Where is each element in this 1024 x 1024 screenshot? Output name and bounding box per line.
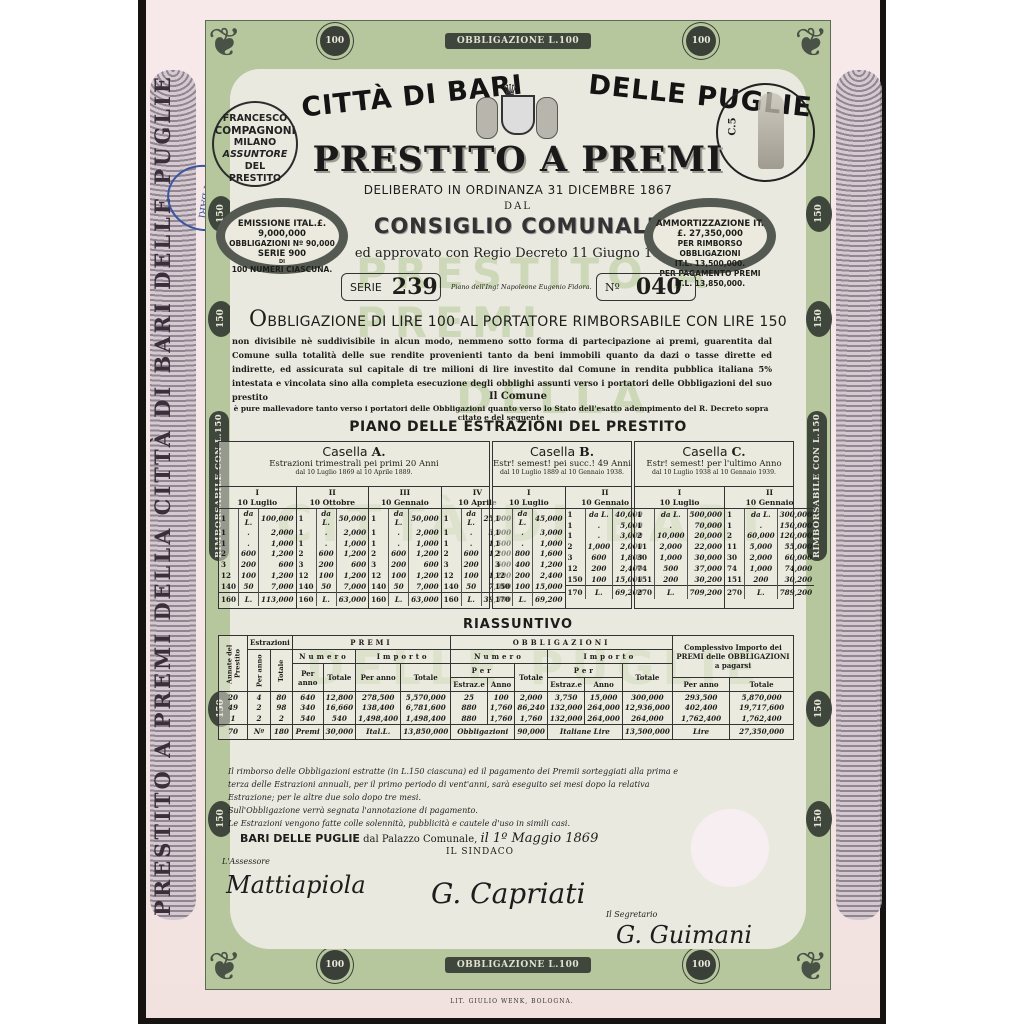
prize-count: 1 xyxy=(493,538,513,549)
prize-count: 3 xyxy=(493,559,513,570)
table-row: 140507,000 xyxy=(297,581,369,592)
table-row: 1.1,000 xyxy=(219,538,296,549)
prize-unit: 100 xyxy=(513,581,533,592)
stamp-line: FRANCESCO xyxy=(214,113,296,125)
summary-cell: 15,000 xyxy=(585,692,623,703)
prize-list: 1da L.100,0001.2,0001.1,00026001,2003200… xyxy=(219,509,296,606)
total-amount: 63,000 xyxy=(336,592,368,606)
summary-cell: 2 xyxy=(248,713,271,724)
prize-amount: 7,000 xyxy=(259,581,296,592)
prize-unit: 50 xyxy=(461,581,481,592)
prize-unit: . xyxy=(389,527,409,538)
oval-line: 100 NUMERI CIASCUNA. xyxy=(225,265,339,275)
draw-column-header: I10 Luglio xyxy=(635,487,724,509)
prize-amount: 3,000 xyxy=(533,527,565,538)
total-unit: L. xyxy=(461,592,481,606)
summary-table: Annate del Prestito Estrazioni PREMI OBB… xyxy=(218,635,794,740)
amortization-oval: AMMORTIZZAZIONE IT.£. 27,350,000 PER RIM… xyxy=(644,198,776,274)
summary-cell: 402,400 xyxy=(672,703,729,714)
prize-unit: 200 xyxy=(389,559,409,570)
mayor-signature: G. Capriati xyxy=(431,877,585,910)
prize-unit: 1,000 xyxy=(585,541,613,552)
summary-total-cell: Ital.L. xyxy=(356,724,401,739)
draw-date: 10 Ottobre xyxy=(297,498,369,508)
prize-amount: 100,000 xyxy=(259,509,296,527)
prize-count: 150 xyxy=(566,574,586,585)
table-row: 1.3,000 xyxy=(566,531,645,542)
casella-dates: dal 10 Luglio 1889 al 10 Gennaio 1938. xyxy=(493,469,631,476)
summary-cell: 300,000 xyxy=(622,692,672,703)
prize-count: 140 xyxy=(219,581,239,592)
total-count: 170 xyxy=(566,585,586,599)
prize-amount: 1,000 xyxy=(533,538,565,549)
palazzo-text: dal Palazzo Comunale, xyxy=(363,834,477,845)
assessor-signature: Mattiapiola xyxy=(226,871,366,899)
draw-column-header: III10 Gennaio xyxy=(369,487,441,509)
casella-label: Casella xyxy=(682,444,727,459)
summary-cell: 132,000 xyxy=(547,713,585,724)
oval-line: PER RIMBORSO OBBLIGAZIONI xyxy=(653,239,767,259)
summary-cell: 86,240 xyxy=(515,703,548,714)
draw-column-header: II10 Ottobre xyxy=(297,487,369,509)
total-row: 160L.113,000 xyxy=(219,592,296,606)
summary-total-cell: Obbligazioni xyxy=(451,724,515,739)
table-row: 1.70,000 xyxy=(635,520,724,531)
total-count: 160 xyxy=(369,592,389,606)
summary-total-cell: 13,850,000 xyxy=(401,724,451,739)
draw-column: II10 Ottobre1da L.50,0001.2,0001.1,00026… xyxy=(297,487,370,609)
draw-column: I10 Luglio1da L.100,0001.2,0001.1,000260… xyxy=(219,487,297,609)
prize-amount: 7,000 xyxy=(336,581,368,592)
table-row: 1da L.40,000 xyxy=(566,509,645,520)
summary-cell: 4 xyxy=(248,692,271,703)
prize-count: 1 xyxy=(493,509,513,527)
bond-denomination-heading: OBBLIGAZIONE DI LIRE 100 AL PORTATORE RI… xyxy=(206,307,830,332)
total-unit: L. xyxy=(513,592,533,606)
prize-unit: 200 xyxy=(513,570,533,581)
prize-count: 3 xyxy=(442,559,462,570)
casella-label: Casella xyxy=(530,444,575,459)
prize-unit: 200 xyxy=(316,559,336,570)
prize-amount: 30,000 xyxy=(687,552,724,563)
prize-count: 1 xyxy=(369,509,389,527)
ornate-initial: O xyxy=(249,307,267,332)
prize-amount: 30,200 xyxy=(777,574,814,585)
prize-amount: 15,000 xyxy=(533,581,565,592)
table-row: 112,00022,000 xyxy=(635,541,724,552)
prize-count: 2 xyxy=(725,531,745,542)
total-unit: L. xyxy=(655,585,688,599)
table-row: 140507,000 xyxy=(369,581,441,592)
summary-cell: 880 xyxy=(451,703,488,714)
col-estraz: Estraz.e xyxy=(451,678,488,692)
prize-count: 1 xyxy=(635,509,655,520)
total-count: 160 xyxy=(219,592,239,606)
prize-count: 1 xyxy=(219,527,239,538)
prize-count: 1 xyxy=(566,520,586,531)
bond-certificate: 100 OBBLIGAZIONE L.100 100 100 OBBLIGAZI… xyxy=(205,20,831,990)
table-row: 34001,200 xyxy=(493,559,565,570)
prize-unit: da L. xyxy=(655,509,688,520)
mayor-label: IL SINDACO xyxy=(446,847,514,857)
prize-unit: . xyxy=(513,538,533,549)
table-row: 1.5,000 xyxy=(566,520,645,531)
stamp-line: COMPAGNONI xyxy=(214,125,296,137)
draw-column: I10 Luglio1da L.500,0001.70,000210,00020… xyxy=(635,487,725,609)
prize-amount: 2,000 xyxy=(259,527,296,538)
payment-notes: Il rimborso delle Obbligazioni estratte … xyxy=(228,765,698,830)
assessor-label: L'Assessore xyxy=(222,857,270,866)
prize-count: 1 xyxy=(493,527,513,538)
casella-header: Casella A.Estrazioni trimestrali pei pri… xyxy=(219,442,489,487)
place-date-line: BARI DELLE PUGLIE dal Palazzo Comunale, … xyxy=(240,831,598,846)
col-estraz: Estraz.e xyxy=(547,678,585,692)
series-label: SERIE xyxy=(350,281,382,294)
oval-line: OBBLIGAZIONI Nº 90,000 xyxy=(225,239,339,249)
summary-total-cell: 27,350,000 xyxy=(730,724,794,739)
prize-unit: da L. xyxy=(513,509,533,527)
summary-cell: 19,717,600 xyxy=(730,703,794,714)
prize-count: 2 xyxy=(369,549,389,560)
total-row: 270L.789,200 xyxy=(725,585,814,599)
table-row: 3200600 xyxy=(219,559,296,570)
roman-numeral: I xyxy=(493,488,565,498)
total-row: 170L.69,200 xyxy=(566,585,645,599)
summary-total-cell: 90,000 xyxy=(515,724,548,739)
col-totale: Totale xyxy=(515,664,548,692)
table-row: 28001,600 xyxy=(493,549,565,560)
col-totale: Totale xyxy=(323,664,356,692)
prize-unit: 200 xyxy=(585,563,613,574)
prize-count: 30 xyxy=(725,552,745,563)
corner-scroll-ornament: ❦ xyxy=(794,947,828,987)
prize-unit: 60,000 xyxy=(745,531,778,542)
prize-amount: 300,000 xyxy=(777,509,814,520)
prize-unit: 500 xyxy=(655,563,688,574)
prize-amount: 600 xyxy=(409,559,441,570)
summary-total-cell: Nº xyxy=(248,724,271,739)
casella-header: Casella C.Estr! semest! per l'ultimo Ann… xyxy=(635,442,793,487)
prize-count: 1 xyxy=(369,527,389,538)
table-row: 1.2,000 xyxy=(219,527,296,538)
prize-count: 2 xyxy=(297,549,317,560)
prize-unit: . xyxy=(316,527,336,538)
draw-plan-heading: PIANO DELLE ESTRAZIONI DEL PRESTITO xyxy=(206,419,830,435)
total-row: 70Nº180Premi30,000Ital.L.13,850,000Obbli… xyxy=(219,724,794,739)
casella-dates: dal 10 Luglio 1938 al 10 Gennaio 1939. xyxy=(635,469,793,476)
prize-unit: 2,000 xyxy=(745,552,778,563)
col-annate: Annate del Prestito xyxy=(219,636,248,692)
casella-letter: B. xyxy=(579,444,594,459)
oval-line: SERIE 900 xyxy=(225,249,339,259)
total-count: 270 xyxy=(635,585,655,599)
draw-column-header: I10 Luglio xyxy=(493,487,565,509)
top-plaque: OBBLIGAZIONE L.100 xyxy=(445,33,591,49)
oval-line: EMISSIONE ITAL.£. 9,000,000 xyxy=(225,219,339,239)
prize-list: 1da L.50,0001.2,0001.1,00026001,20032006… xyxy=(369,509,441,606)
prize-unit: 600 xyxy=(585,552,613,563)
summary-cell: 138,400 xyxy=(356,703,401,714)
prize-count: 12 xyxy=(493,570,513,581)
summary-cell: 278,500 xyxy=(356,692,401,703)
total-row: 160L.63,000 xyxy=(369,592,441,606)
summary-cell: 80 xyxy=(270,692,292,703)
prize-unit: 1,000 xyxy=(745,563,778,574)
summary-cell: 100 xyxy=(487,692,515,703)
roman-numeral: II xyxy=(566,488,645,498)
prize-count: 140 xyxy=(369,581,389,592)
prize-amount: 1,000 xyxy=(409,538,441,549)
summary-cell: 6,781,600 xyxy=(401,703,451,714)
total-unit: L. xyxy=(745,585,778,599)
table-row: 7450037,000 xyxy=(635,563,724,574)
draw-column: III10 Gennaio1da L.50,0001.2,0001.1,0002… xyxy=(369,487,442,609)
roman-numeral: III xyxy=(369,488,441,498)
summary-cell: 12,936,000 xyxy=(622,703,672,714)
table-row: 121001,200 xyxy=(297,570,369,581)
draw-date: 10 Gennaio xyxy=(725,498,814,508)
number-box: Nº 040 xyxy=(596,273,696,301)
prize-count: 1 xyxy=(219,538,239,549)
table-row: 1da L.45,000 xyxy=(493,509,565,527)
prize-count: 3 xyxy=(369,559,389,570)
table-row: 15120030,200 xyxy=(725,574,814,585)
prize-amount: 120,000 xyxy=(777,531,814,542)
prize-unit: 50 xyxy=(239,581,259,592)
table-row: 26001,200 xyxy=(369,549,441,560)
total-row: 170L.69,200 xyxy=(493,592,565,606)
prize-amount: 1,200 xyxy=(533,559,565,570)
table-row: 1da L.100,000 xyxy=(219,509,296,527)
table-row: 15010015,000 xyxy=(566,574,645,585)
total-row: 160L.63,000 xyxy=(297,592,369,606)
prize-count: 12 xyxy=(369,570,389,581)
prize-count: 3 xyxy=(566,552,586,563)
series-number: 239 xyxy=(392,274,438,300)
summary-cell: 5,570,000 xyxy=(401,692,451,703)
oval-line: IT.L. 13,500,000. xyxy=(653,259,767,269)
col-obbligazioni: OBBLIGAZIONI xyxy=(451,636,673,650)
casella-title: Casella B. xyxy=(493,442,631,459)
prize-unit: 200 xyxy=(461,559,481,570)
col-anno: Anno xyxy=(487,678,515,692)
prize-amount: 1,200 xyxy=(259,549,296,560)
corner-scroll-ornament: ❦ xyxy=(208,947,242,987)
draw-date: 10 Gennaio xyxy=(566,498,645,508)
prize-count: 30 xyxy=(635,552,655,563)
prize-unit: 200 xyxy=(239,559,259,570)
prize-unit: . xyxy=(655,520,688,531)
summary-total-cell: 30,000 xyxy=(323,724,356,739)
table-row: 210,00020,000 xyxy=(635,531,724,542)
prize-unit: da L. xyxy=(239,509,259,527)
prize-unit: 200 xyxy=(745,574,778,585)
prize-unit: da L. xyxy=(745,509,778,520)
prize-unit: 400 xyxy=(513,559,533,570)
coat-of-arms: ♛ xyxy=(468,81,564,147)
summary-cell: 1,498,400 xyxy=(356,713,401,724)
prize-unit: 100 xyxy=(389,570,409,581)
prize-unit: 600 xyxy=(461,549,481,560)
summary-cell: 264,000 xyxy=(622,713,672,724)
prize-amount: 2,000 xyxy=(336,527,368,538)
prize-amount: 2,000 xyxy=(409,527,441,538)
total-unit: L. xyxy=(316,592,336,606)
prize-amount: 600 xyxy=(259,559,296,570)
prize-count: 2 xyxy=(442,549,462,560)
col-totale: Totale xyxy=(730,678,794,692)
shield-icon xyxy=(501,95,535,135)
bottom-plaque: OBBLIGAZIONE L.100 xyxy=(445,957,591,973)
col-per-anno: Per anno xyxy=(672,678,729,692)
table-row: 4929834016,660138,4006,781,6008801,76086… xyxy=(219,703,794,714)
seal-150: 150 xyxy=(806,801,832,837)
prize-unit: . xyxy=(461,538,481,549)
summary-cell: 20 xyxy=(219,692,248,703)
summary-cell: 1,762,400 xyxy=(730,713,794,724)
prize-unit: . xyxy=(239,527,259,538)
prize-count: 12 xyxy=(442,570,462,581)
number-label: Nº xyxy=(605,281,620,294)
casella-header: Casella B.Estr! semest! pei succ.! 49 An… xyxy=(493,442,631,487)
roman-numeral: II xyxy=(297,488,369,498)
table-row: 26001,200 xyxy=(219,549,296,560)
prize-unit: 100 xyxy=(239,570,259,581)
prize-amount: 30,200 xyxy=(687,574,724,585)
total-count: 270 xyxy=(725,585,745,599)
total-count: 160 xyxy=(442,592,462,606)
prize-amount: 60,000 xyxy=(777,552,814,563)
table-row: 140507,000 xyxy=(219,581,296,592)
prize-amount: 1,000 xyxy=(336,538,368,549)
total-row: 270L.709,200 xyxy=(635,585,724,599)
prize-count: 2 xyxy=(219,549,239,560)
summary-cell: 540 xyxy=(292,713,323,724)
table-row: 121001,200 xyxy=(369,570,441,581)
draw-date: 10 Luglio xyxy=(219,498,296,508)
draw-column: II10 Gennaio1da L.300,0001.150,000260,00… xyxy=(725,487,814,609)
note-line: Il rimborso delle Obbligazioni estratte … xyxy=(228,765,698,804)
draw-date: 10 Luglio xyxy=(493,498,565,508)
prize-count: 140 xyxy=(442,581,462,592)
summary-cell: 2 xyxy=(270,713,292,724)
prize-amount: 50,000 xyxy=(409,509,441,527)
prize-amount: 1,200 xyxy=(336,570,368,581)
prize-amount: 7,000 xyxy=(409,581,441,592)
draw-date: 10 Luglio xyxy=(635,498,724,508)
table-row: 1da L.50,000 xyxy=(297,509,369,527)
stamp-code: C.5 xyxy=(728,117,739,135)
summary-cell: 340 xyxy=(292,703,323,714)
prize-unit: . xyxy=(585,531,613,542)
col-per: Per xyxy=(547,664,622,678)
summary-cell: 264,000 xyxy=(585,713,623,724)
table-row: 3200600 xyxy=(369,559,441,570)
table-row: 21,0002,000 xyxy=(566,541,645,552)
prize-unit: 800 xyxy=(513,549,533,560)
prize-unit: . xyxy=(316,538,336,549)
summary-cell: 1,760 xyxy=(515,713,548,724)
total-amount: 789,200 xyxy=(777,585,814,599)
total-amount: 709,200 xyxy=(687,585,724,599)
draw-column-header: I10 Luglio xyxy=(219,487,296,509)
col-totale: Totale xyxy=(270,650,292,692)
seal-150: 150 xyxy=(806,691,832,727)
prize-count: 1 xyxy=(442,509,462,527)
summary-cell: 5,870,000 xyxy=(730,692,794,703)
table-row: 1.2,000 xyxy=(297,527,369,538)
col-totale: Totale xyxy=(401,664,451,692)
table-row: 301,00030,000 xyxy=(635,552,724,563)
bottom-border-band: 100 OBBLIGAZIONE L.100 100 xyxy=(206,951,830,979)
prize-count: 1 xyxy=(297,527,317,538)
prize-unit: 100 xyxy=(316,570,336,581)
prize-count: 12 xyxy=(297,570,317,581)
oval-line: AMMORTIZZAZIONE IT.£. 27,350,000 xyxy=(653,219,767,239)
col-per-anno: Per anno xyxy=(356,664,401,692)
prize-unit: 5,000 xyxy=(745,541,778,552)
col-premi: PREMI xyxy=(292,636,450,650)
prize-count: 151 xyxy=(635,574,655,585)
prize-count: 1 xyxy=(566,531,586,542)
col-numero: Numero xyxy=(292,650,355,664)
prize-amount: 1,600 xyxy=(533,549,565,560)
table-row: 3200600 xyxy=(297,559,369,570)
secretary-label: Il Segretario xyxy=(606,910,657,919)
summary-cell: 880 xyxy=(451,713,488,724)
casella-c-table: Casella C.Estr! semest! per l'ultimo Ann… xyxy=(634,441,794,609)
corner-scroll-ornament: ❦ xyxy=(794,23,828,63)
summary-cell: 264,000 xyxy=(585,703,623,714)
col-complessivo: Complessivo Importo dei PREMI delle OBBL… xyxy=(672,636,793,678)
prize-amount: 500,000 xyxy=(687,509,724,520)
table-row: 1.150,000 xyxy=(725,520,814,531)
denomination-text: BBLIGAZIONE DI LIRE 100 AL PORTATORE RIM… xyxy=(267,314,787,330)
summary-cell: 1,498,400 xyxy=(401,713,451,724)
casella-letter: A. xyxy=(372,444,386,459)
table-row: 1da L.50,000 xyxy=(369,509,441,527)
summary-cell: 640 xyxy=(292,692,323,703)
casella-subtitle: Estr! semest! pei succ.! 49 Anni xyxy=(493,459,631,469)
draw-plan-tables: Casella A.Estrazioni trimestrali pei pri… xyxy=(218,441,794,609)
casella-a-table: Casella A.Estrazioni trimestrali pei pri… xyxy=(218,441,490,609)
summary-cell: 132,000 xyxy=(547,703,585,714)
prize-amount: 150,000 xyxy=(777,520,814,531)
prize-amount: 20,000 xyxy=(687,531,724,542)
summary-cell: 1,762,400 xyxy=(672,713,729,724)
top-border-band: 100 OBBLIGAZIONE L.100 100 xyxy=(206,27,830,55)
prize-list: 1da L.40,0001.5,0001.3,00021,0002,000360… xyxy=(566,509,645,599)
prize-amount: 1,000 xyxy=(259,538,296,549)
prize-list: 1da L.50,0001.2,0001.1,00026001,20032006… xyxy=(297,509,369,606)
right-guilloche-stub xyxy=(836,70,882,920)
col-per: Per xyxy=(451,664,515,678)
prize-unit: da L. xyxy=(461,509,481,527)
total-unit: L. xyxy=(389,592,409,606)
secretary-signature: G. Guimani xyxy=(616,921,752,949)
prize-unit: 50 xyxy=(316,581,336,592)
col-per-anno: Per anno xyxy=(248,650,271,692)
summary-cell: 2 xyxy=(248,703,271,714)
casella-b-table: Casella B.Estr! semest! pei succ.! 49 An… xyxy=(492,441,632,609)
summary-total-cell: Lire xyxy=(672,724,729,739)
corner-scroll-ornament: ❦ xyxy=(208,23,242,63)
table-row: 36001,800 xyxy=(566,552,645,563)
cherub-figure xyxy=(536,97,558,139)
total-unit: L. xyxy=(239,592,259,606)
table-row: 1.1,000 xyxy=(493,538,565,549)
prize-amount: 55,000 xyxy=(777,541,814,552)
